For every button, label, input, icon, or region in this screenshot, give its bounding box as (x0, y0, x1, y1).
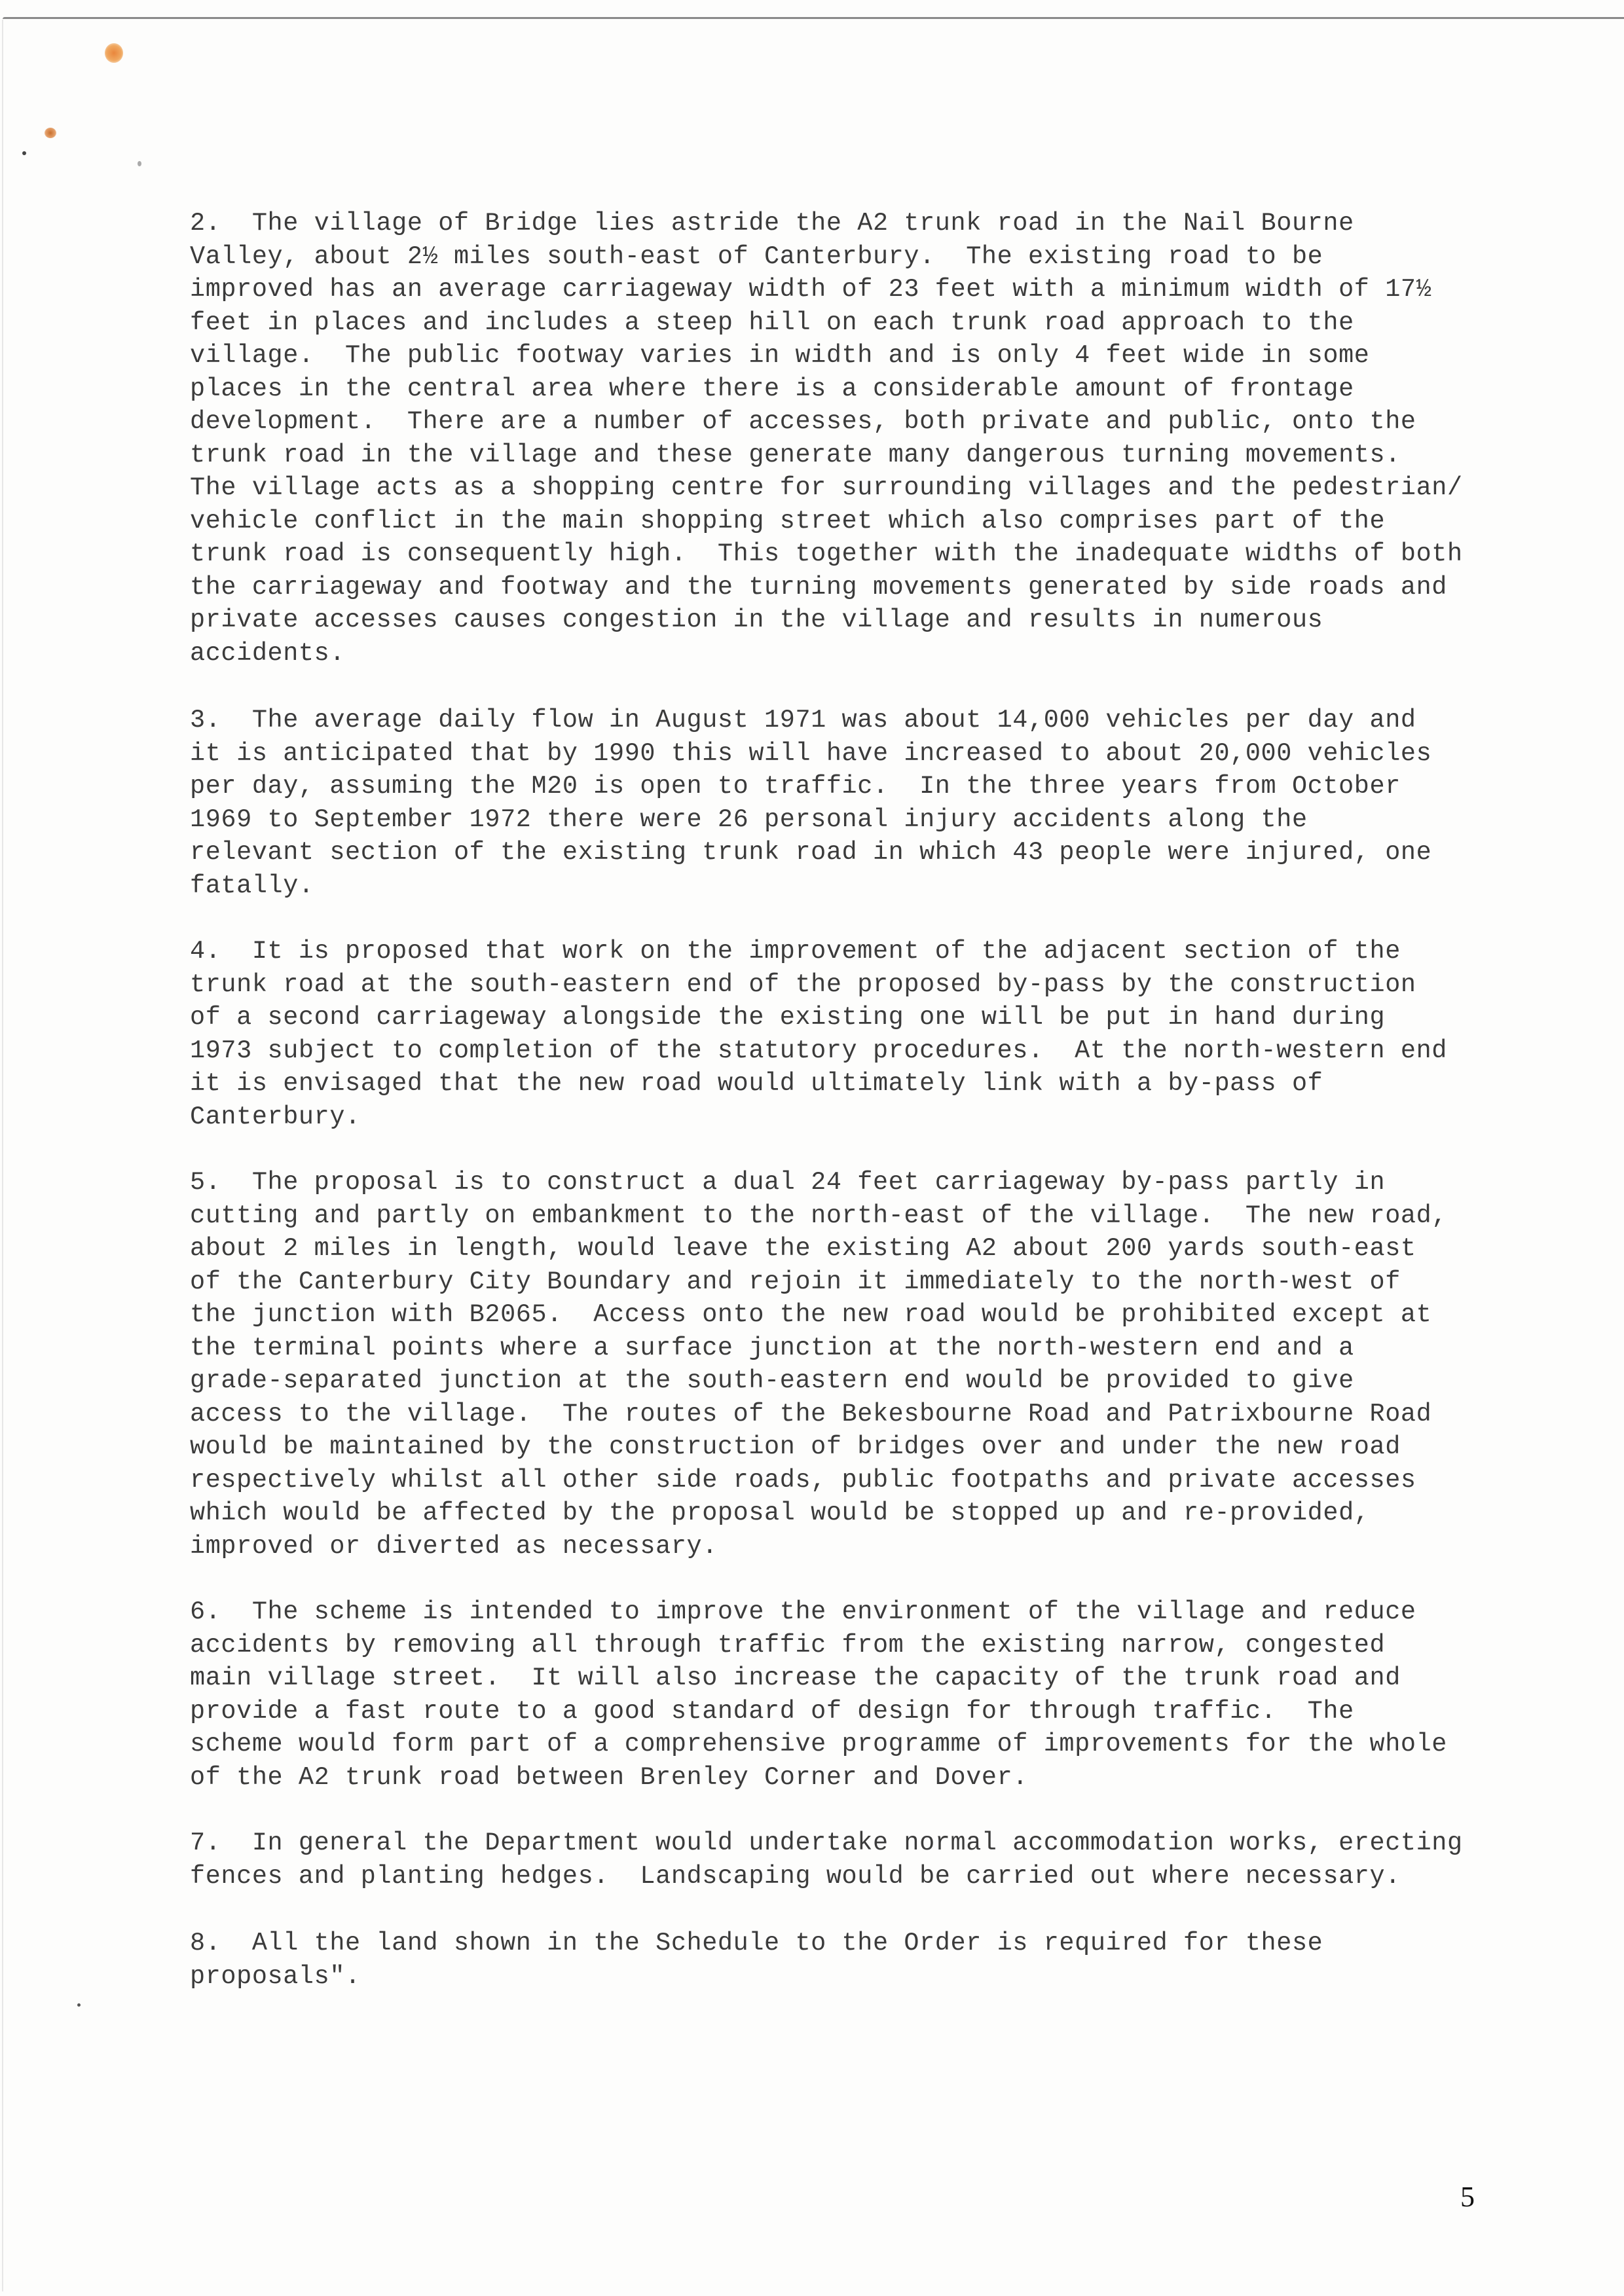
ink-speck (77, 2003, 81, 2007)
text-line: Canterbury. (190, 1101, 1578, 1134)
text-line: feet in places and includes a steep hill… (190, 306, 1578, 340)
text-line: accidents by removing all through traffi… (190, 1629, 1578, 1662)
paragraph-7: 7. In general the Department would under… (190, 1827, 1578, 1893)
text-line: per day, assuming the M20 is open to tra… (190, 770, 1578, 803)
text-line: trunk road is consequently high. This to… (190, 538, 1578, 571)
text-line: development. There are a number of acces… (190, 405, 1578, 439)
text-line: village. The public footway varies in wi… (190, 339, 1578, 373)
text-line: the junction with B2065. Access onto the… (190, 1298, 1578, 1332)
text-line: 1969 to September 1972 there were 26 per… (190, 803, 1578, 837)
text-line: of the Canterbury City Boundary and rejo… (190, 1266, 1578, 1299)
text-line: main village street. It will also increa… (190, 1662, 1578, 1695)
document-body: 2. The village of Bridge lies astride th… (190, 207, 1578, 2026)
text-line: trunk road at the south-eastern end of t… (190, 968, 1578, 1002)
text-line: accidents. (190, 637, 1578, 670)
text-line: the carriageway and footway and the turn… (190, 571, 1578, 604)
text-line: scheme would form part of a comprehensiv… (190, 1728, 1578, 1761)
text-line: improved or diverted as necessary. (190, 1530, 1578, 1563)
text-line: 4. It is proposed that work on the impro… (190, 935, 1578, 968)
text-line: cutting and partly on embankment to the … (190, 1199, 1578, 1233)
text-line: it is envisaged that the new road would … (190, 1067, 1578, 1101)
text-line: would be maintained by the construction … (190, 1430, 1578, 1464)
text-line: which would be affected by the proposal … (190, 1497, 1578, 1530)
text-line: respectively whilst all other side roads… (190, 1464, 1578, 1497)
text-line: The village acts as a shopping centre fo… (190, 471, 1578, 505)
text-line: of the A2 trunk road between Brenley Cor… (190, 1761, 1578, 1795)
ink-speck (22, 151, 26, 155)
text-line: access to the village. The routes of the… (190, 1398, 1578, 1431)
text-line: 2. The village of Bridge lies astride th… (190, 207, 1578, 240)
text-line: it is anticipated that by 1990 this will… (190, 737, 1578, 771)
text-line: grade-separated junction at the south-ea… (190, 1364, 1578, 1398)
text-line: 5. The proposal is to construct a dual 2… (190, 1166, 1578, 1199)
text-line: trunk road in the village and these gene… (190, 439, 1578, 472)
rust-stain-mark (45, 128, 56, 138)
paragraph-2: 2. The village of Bridge lies astride th… (190, 207, 1578, 670)
text-line: the terminal points where a surface junc… (190, 1332, 1578, 1365)
text-line: places in the central area where there i… (190, 373, 1578, 406)
text-line: provide a fast route to a good standard … (190, 1695, 1578, 1728)
paragraph-3: 3. The average daily flow in August 1971… (190, 704, 1578, 902)
paragraph-6: 6. The scheme is intended to improve the… (190, 1595, 1578, 1794)
text-line: Valley, about 2½ miles south-east of Can… (190, 240, 1578, 274)
paragraph-8: 8. All the land shown in the Schedule to… (190, 1927, 1578, 1993)
ink-speck (138, 161, 141, 166)
text-line: proposals". (190, 1960, 1578, 1994)
paragraph-5: 5. The proposal is to construct a dual 2… (190, 1166, 1578, 1563)
paper-left-edge (2, 20, 3, 2291)
text-line: 1973 subject to completion of the statut… (190, 1034, 1578, 1068)
text-line: vehicle conflict in the main shopping st… (190, 505, 1578, 538)
text-line: private accesses causes congestion in th… (190, 604, 1578, 637)
text-line: 6. The scheme is intended to improve the… (190, 1595, 1578, 1629)
text-line: relevant section of the existing trunk r… (190, 836, 1578, 869)
document-page: 2. The village of Bridge lies astride th… (0, 0, 1624, 2296)
text-line: of a second carriageway alongside the ex… (190, 1001, 1578, 1034)
text-line: about 2 miles in length, would leave the… (190, 1232, 1578, 1266)
text-line: fences and planting hedges. Landscaping … (190, 1860, 1578, 1893)
page-number: 5 (1460, 2180, 1475, 2214)
paragraph-4: 4. It is proposed that work on the impro… (190, 935, 1578, 1133)
text-line: 3. The average daily flow in August 1971… (190, 704, 1578, 737)
text-line: fatally. (190, 869, 1578, 903)
text-line: improved has an average carriageway widt… (190, 273, 1578, 306)
text-line: 8. All the land shown in the Schedule to… (190, 1927, 1578, 1960)
rust-stain-mark (105, 43, 123, 63)
paper-top-edge (3, 17, 1624, 19)
text-line: 7. In general the Department would under… (190, 1827, 1578, 1860)
